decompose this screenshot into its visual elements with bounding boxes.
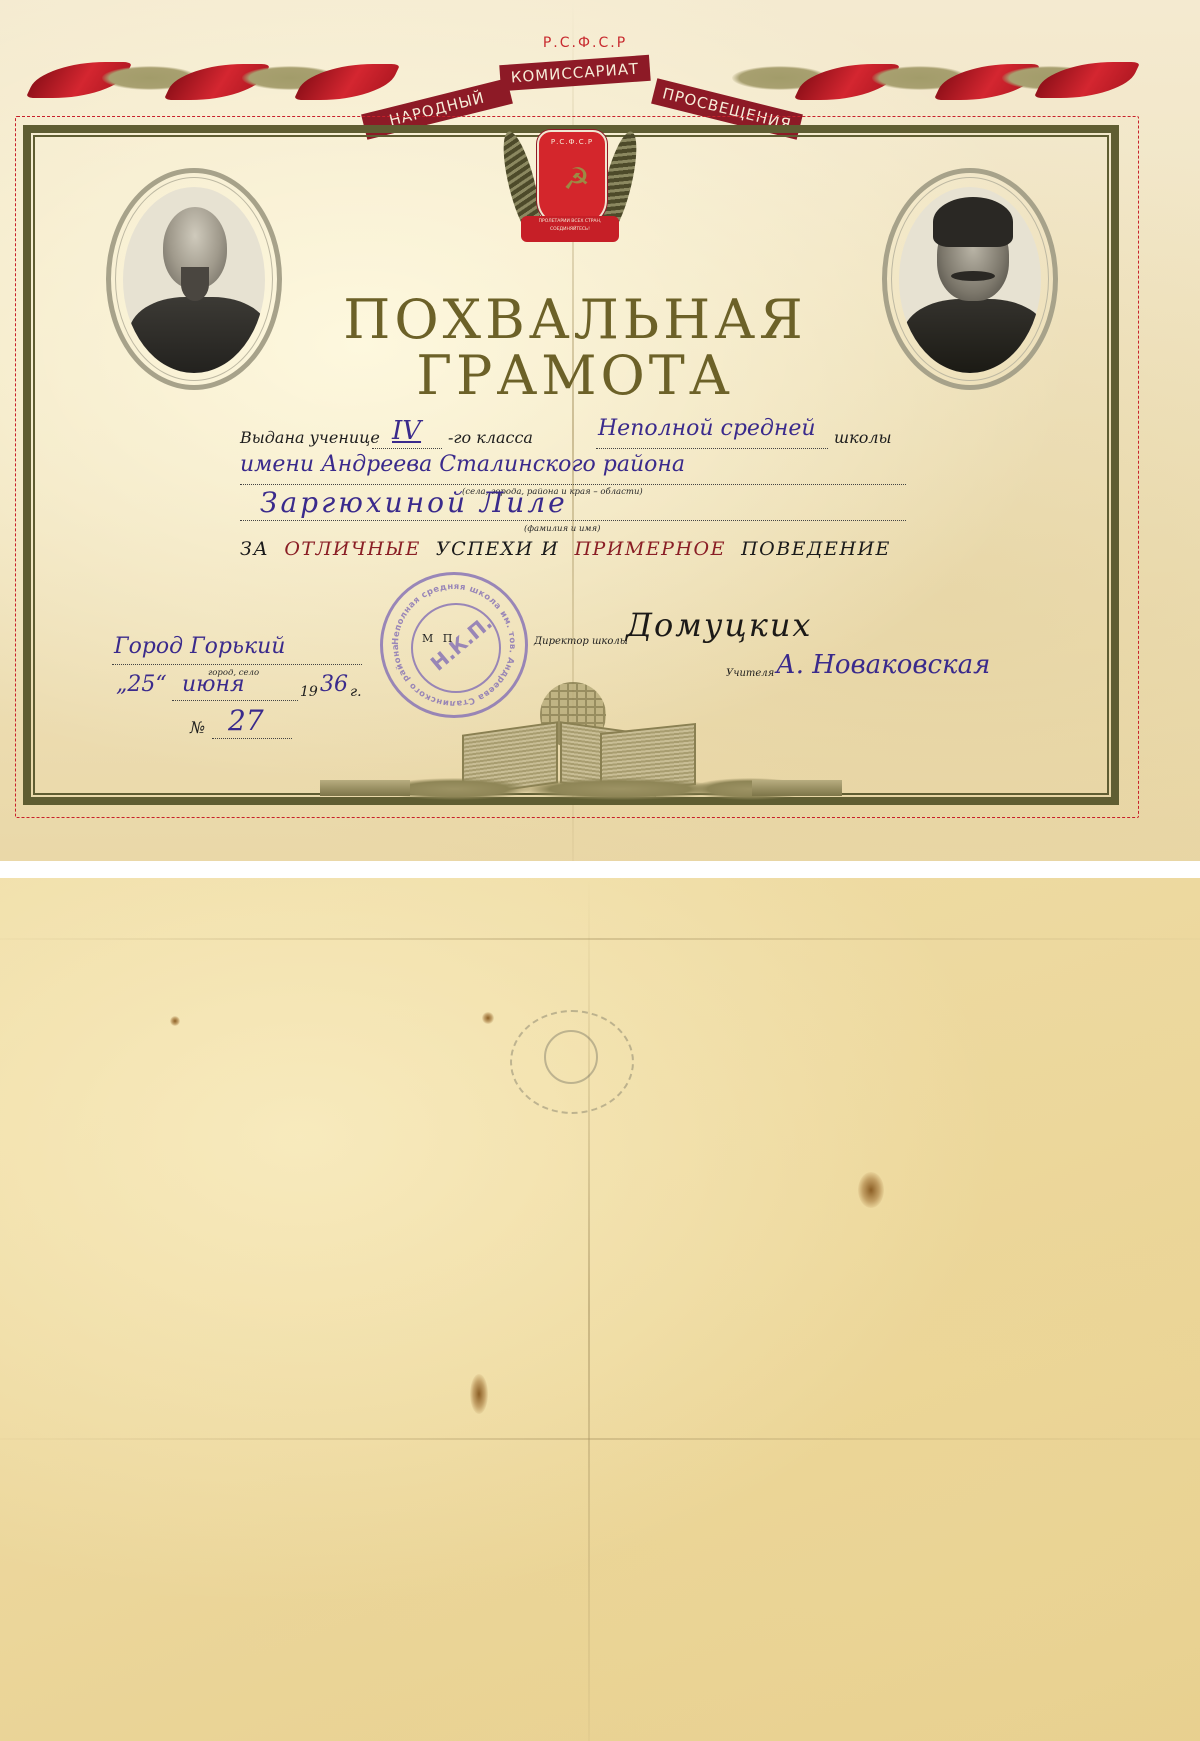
grade-suffix: -го класса [448,428,533,447]
school-label: школы [834,428,892,447]
date-day: „25“ [116,672,167,697]
stain [482,1012,494,1024]
closed-book-left-icon [320,780,410,796]
student-name-caption: (фамилия и имя) [524,524,600,534]
issued-label: Выдана ученице [240,428,380,447]
stain [470,1374,488,1414]
date-year-value: 36 [320,672,348,697]
seal-label: М П [422,632,455,645]
paper-crease [0,938,1200,940]
title-line-2: ГРАМОТА [0,344,1150,407]
portrait-hair [933,197,1013,247]
city-value: Город Горький [114,634,285,659]
shield-text: Р.С.Ф.С.Р [539,138,605,146]
named-value: имени Андреева Сталинского района [240,452,685,477]
emblem-motto: ПРОЛЕТАРИИ ВСЕХ СТРАН, СОЕДИНЯЙТЕСЬ! [521,216,619,242]
teacher-signature: А. Новаковская [776,650,990,680]
title-line-1: ПОХВАЛЬНАЯ [0,288,1150,351]
date-month: июня [182,672,245,697]
award-exemplary: ПРИМЕРНОЕ [574,538,726,560]
teacher-label: Учителя [726,668,774,679]
republic-label: Р.С.Ф.С.Р [520,35,650,51]
portrait-mustache [951,271,995,281]
director-label: Директор школы [534,636,628,647]
bleed-through-emblem-center [544,1030,598,1084]
hammer-sickle-icon: ☭ [563,162,590,197]
number-label: № [190,718,205,737]
grade-value: IV [392,416,421,446]
date-year-suffix: г. [350,684,362,700]
school-stamp: Неполная средняя школа им. тов. Андреева… [380,572,528,718]
award-prefix: ЗА [240,538,269,560]
award-line: ЗА ОТЛИЧНЫЕ УСПЕХИ И ПРИМЕРНОЕ ПОВЕДЕНИЕ [240,538,891,560]
certificate-back [0,878,1200,1741]
number-value: 27 [228,704,264,737]
paper-crease [0,1438,1200,1440]
award-middle: УСПЕХИ И [436,538,559,560]
stain [170,1016,180,1026]
student-name-value: Заргюхиной Лиле [260,486,568,519]
rsfsr-emblem: Р.С.Ф.С.Р ☭ ПРОЛЕТАРИИ ВСЕХ СТРАН, СОЕДИ… [505,118,635,254]
award-excellent: ОТЛИЧНЫЕ [284,538,421,560]
director-signature: Домуцких [626,606,812,644]
award-behavior: ПОВЕДЕНИЕ [741,538,891,560]
emblem-shield: Р.С.Ф.С.Р ☭ [537,130,607,226]
portrait-head [163,207,227,289]
date-year-prefix: 19 [300,684,318,700]
fold-crease [588,878,590,1741]
closed-book-right-icon [752,780,842,796]
school-type-value: Неполной средней [598,416,816,441]
stain [858,1172,884,1208]
certificate-front: Р.С.Ф.С.Р НАРОДНЫЙ КОМИССАРИАТ ПРОСВЕЩЕН… [0,0,1200,861]
